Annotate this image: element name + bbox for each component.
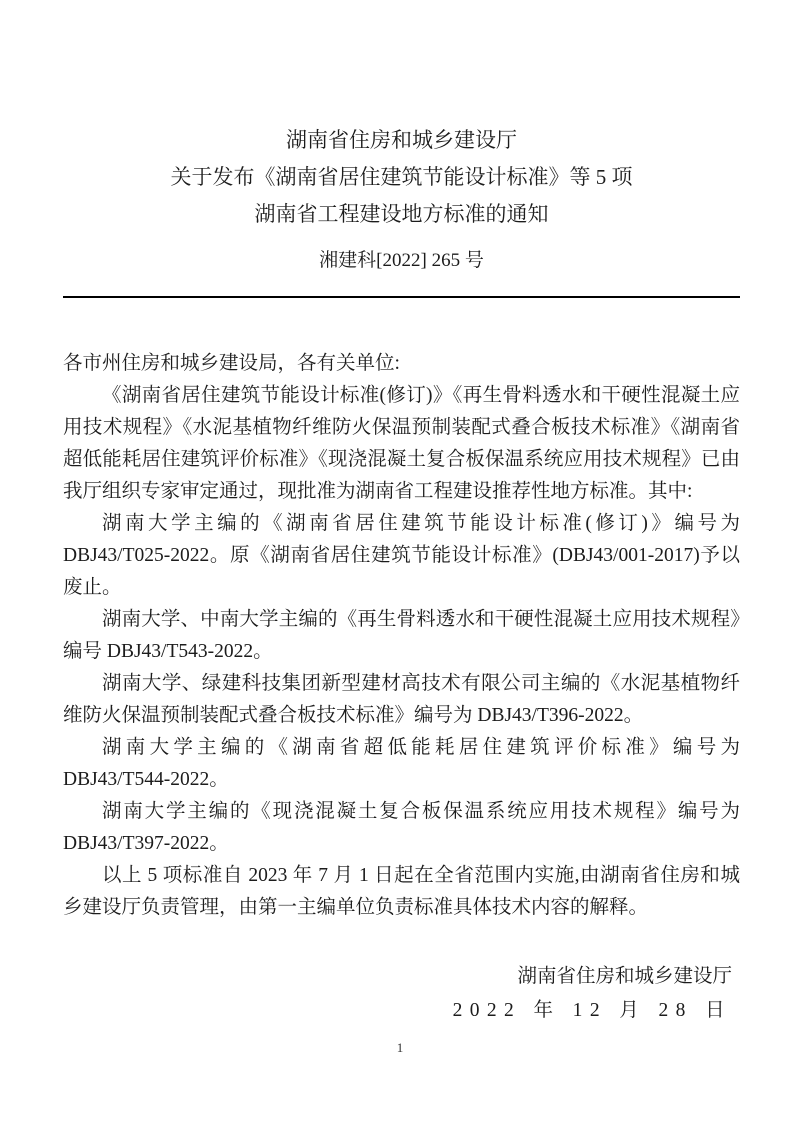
- body-paragraph-2: 湖南大学主编的《湖南省居住建筑节能设计标准(修订)》编号为 DBJ43/T025…: [63, 508, 740, 604]
- document-title: 湖南省住房和城乡建设厅 关于发布《湖南省居住建筑节能设计标准》等 5 项 湖南省…: [63, 0, 740, 233]
- signature-block: 湖南省住房和城乡建设厅 2022 年 12 月 28 日: [63, 960, 740, 1028]
- page-number: 1: [0, 1040, 800, 1056]
- body-paragraph-7: 以上 5 项标准自 2023 年 7 月 1 日起在全省范围内实施,由湖南省住房…: [63, 860, 740, 924]
- document-number: 湘建科[2022] 265 号: [63, 248, 740, 274]
- document-body: 各市州住房和城乡建设局，各有关单位: 《湖南省居住建筑节能设计标准(修订)》《再…: [63, 348, 740, 924]
- document-page: 湖南省住房和城乡建设厅 关于发布《湖南省居住建筑节能设计标准》等 5 项 湖南省…: [0, 0, 800, 1132]
- title-line-3: 湖南省工程建设地方标准的通知: [63, 196, 740, 233]
- body-paragraph-5: 湖南大学主编的《湖南省超低能耗居住建筑评价标准》编号为 DBJ43/T544-2…: [63, 732, 740, 796]
- salutation: 各市州住房和城乡建设局，各有关单位:: [63, 348, 740, 380]
- signature-org: 湖南省住房和城乡建设厅: [63, 960, 732, 994]
- body-paragraph-6: 湖南大学主编的《现浇混凝土复合板保温系统应用技术规程》编号为 DBJ43/T39…: [63, 796, 740, 860]
- title-line-2: 关于发布《湖南省居住建筑节能设计标准》等 5 项: [63, 159, 740, 196]
- body-paragraph-1: 《湖南省居住建筑节能设计标准(修订)》《再生骨料透水和干硬性混凝土应用技术规程》…: [63, 380, 740, 508]
- body-paragraph-3: 湖南大学、中南大学主编的《再生骨料透水和干硬性混凝土应用技术规程》编号 DBJ4…: [63, 604, 740, 668]
- document-content: 湖南省住房和城乡建设厅 关于发布《湖南省居住建筑节能设计标准》等 5 项 湖南省…: [0, 0, 800, 1028]
- body-paragraph-4: 湖南大学、绿建科技集团新型建材高技术有限公司主编的《水泥基植物纤维防火保温预制装…: [63, 668, 740, 732]
- title-divider: [63, 296, 740, 298]
- title-line-1: 湖南省住房和城乡建设厅: [63, 122, 740, 159]
- signature-date: 2022 年 12 月 28 日: [63, 994, 732, 1028]
